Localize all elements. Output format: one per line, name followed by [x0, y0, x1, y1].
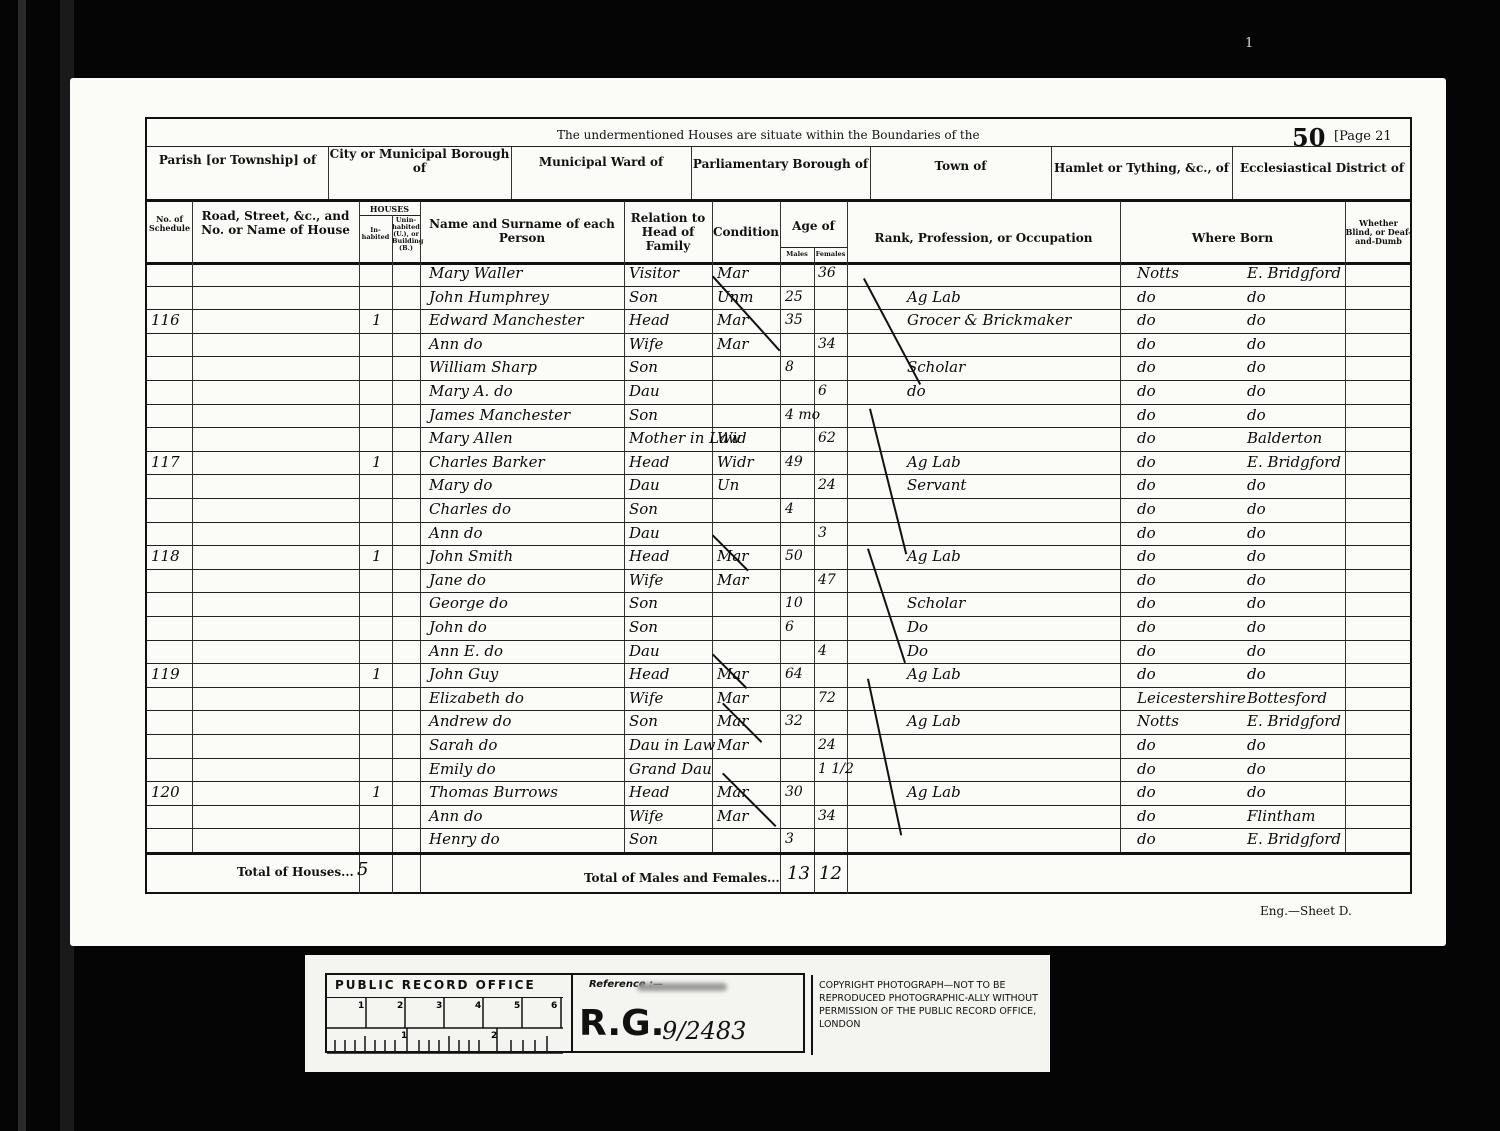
col-age: Age of	[780, 219, 847, 233]
census-table: The undermentioned Houses are situate wi…	[145, 117, 1412, 894]
age-male: 30	[785, 783, 803, 803]
relation-to-head: Wife	[629, 335, 663, 355]
birth-place: do	[1247, 618, 1266, 638]
relation-to-head: Dau in Law	[629, 736, 715, 756]
age-female: 34	[818, 335, 836, 355]
person-name: Mary Allen	[429, 429, 513, 449]
age-female: 34	[818, 807, 836, 827]
birth-county: do	[1137, 642, 1156, 662]
birth-place: E. Bridgford	[1247, 830, 1341, 850]
person-name: Ann do	[429, 524, 483, 544]
age-male: 35	[785, 311, 803, 331]
marital-condition: Mar	[717, 571, 748, 591]
col-inhabited: In-habited	[359, 227, 392, 241]
birth-place: do	[1247, 547, 1266, 567]
total-females: 12	[819, 865, 842, 883]
age-female: 36	[818, 264, 836, 284]
relation-to-head: Dau	[629, 524, 660, 544]
birth-place: do	[1247, 571, 1266, 591]
folio-number: 50	[1292, 123, 1325, 152]
age-female: 6	[818, 382, 827, 402]
col-uninhabited: Unin-habited (U.), or Building (B.)	[392, 217, 420, 252]
table-row: 1171Charles BarkerHeadWidr49Ag LabdoE. B…	[147, 451, 1414, 475]
relation-to-head: Wife	[629, 689, 663, 709]
svg-text:6: 6	[551, 1001, 557, 1011]
col-relation: Relation to Head of Family	[624, 211, 712, 253]
col-condition: Condition	[712, 225, 780, 239]
table-row: George doSon10Scholardodo	[147, 592, 1414, 616]
birth-county: Notts	[1137, 264, 1179, 284]
age-male: 50	[785, 547, 803, 567]
birth-place: Flintham	[1247, 807, 1316, 827]
svg-text:2: 2	[397, 1001, 403, 1011]
table-row: Henry doSon3doE. Bridgford	[147, 828, 1414, 852]
relation-to-head: Grand Dau	[629, 760, 712, 780]
person-name: Ann do	[429, 335, 483, 355]
birth-county: do	[1137, 476, 1156, 496]
table-row: Jane doWifeMar47dodo	[147, 569, 1414, 593]
occupation: Ag Lab	[907, 288, 961, 308]
person-name: John Smith	[429, 547, 513, 567]
parish-label: Parish [or Township] of	[147, 153, 328, 167]
svg-text:3: 3	[436, 1001, 442, 1011]
relation-to-head: Dau	[629, 382, 660, 402]
relation-to-head: Head	[629, 783, 670, 803]
table-row: John doSon6Dododo	[147, 616, 1414, 640]
birth-county: do	[1137, 547, 1156, 567]
table-row: Ann doWifeMar34doFlintham	[147, 805, 1414, 829]
birth-place: E. Bridgford	[1247, 712, 1341, 732]
age-male: 6	[785, 618, 794, 638]
relation-to-head: Son	[629, 288, 658, 308]
birth-county: do	[1137, 453, 1156, 473]
birth-place: do	[1247, 665, 1266, 685]
relation-to-head: Dau	[629, 476, 660, 496]
birth-place: do	[1247, 524, 1266, 544]
public-record-office-stamp: PUBLIC RECORD OFFICE	[305, 955, 1050, 1072]
age-female: 3	[818, 524, 827, 544]
age-male: 25	[785, 288, 803, 308]
table-row: Ann doWifeMar34dodo	[147, 333, 1414, 357]
occupation: Do	[907, 642, 928, 662]
birth-place: Balderton	[1247, 429, 1322, 449]
frame-mark: 1	[1245, 36, 1253, 51]
birth-county: do	[1137, 760, 1156, 780]
total-houses-label: Total of Houses...	[237, 865, 354, 879]
birth-place: do	[1247, 358, 1266, 378]
svg-text:5: 5	[514, 1001, 520, 1011]
relation-to-head: Head	[629, 311, 670, 331]
stamp-box: PUBLIC RECORD OFFICE	[325, 973, 805, 1053]
table-row: Emily doGrand Dau1 1/2dodo	[147, 758, 1414, 782]
person-name: Sarah do	[429, 736, 497, 756]
marital-condition: Mar	[717, 311, 748, 331]
person-name: Henry do	[429, 830, 500, 850]
ecclesiastical-district-label: Ecclesiastical District of	[1232, 161, 1412, 175]
age-female: 47	[818, 571, 836, 591]
occupation: Scholar	[907, 594, 965, 614]
total-persons-label: Total of Males and Females...	[584, 871, 780, 885]
relation-to-head: Wife	[629, 571, 663, 591]
occupation: Ag Lab	[907, 665, 961, 685]
birth-county: do	[1137, 358, 1156, 378]
col-females: Females	[814, 251, 847, 258]
birth-place: do	[1247, 736, 1266, 756]
birth-county: do	[1137, 783, 1156, 803]
person-name: Andrew do	[429, 712, 511, 732]
col-schedule: No. of Schedule	[147, 215, 192, 233]
relation-to-head: Son	[629, 358, 658, 378]
occupation: Ag Lab	[907, 453, 961, 473]
inhabited-count: 1	[372, 665, 382, 685]
col-name: Name and Surname of each Person	[420, 217, 624, 245]
schedule-number: 116	[151, 311, 180, 331]
birth-place: do	[1247, 382, 1266, 402]
person-name: Mary A. do	[429, 382, 513, 402]
relation-to-head: Son	[629, 406, 658, 426]
age-male: 3	[785, 830, 794, 850]
schedule-number: 117	[151, 453, 180, 473]
person-name: Edward Manchester	[429, 311, 584, 331]
col-houses: HOUSES	[359, 205, 420, 214]
person-name: Thomas Burrows	[429, 783, 558, 803]
col-blind: Whether Blind, or Deaf-and-Dumb	[1345, 219, 1412, 246]
table-row: 1191John GuyHeadMar64Ag Labdodo	[147, 663, 1414, 687]
birth-place: do	[1247, 311, 1266, 331]
birth-county: do	[1137, 807, 1156, 827]
marital-condition: Mar	[717, 264, 748, 284]
ruler-icon: 123 456 12	[327, 998, 563, 1054]
birth-place: do	[1247, 288, 1266, 308]
birth-county: do	[1137, 594, 1156, 614]
person-name: George do	[429, 594, 508, 614]
marital-condition: Mar	[717, 736, 748, 756]
table-row: Mary WallerVisitorMar36NottsE. Bridgford	[147, 262, 1414, 286]
person-name: Jane do	[429, 571, 486, 591]
birth-place: Bottesford	[1247, 689, 1327, 709]
svg-text:4: 4	[475, 1001, 481, 1011]
person-name: Charles Barker	[429, 453, 545, 473]
schedule-number: 120	[151, 783, 180, 803]
table-row: Andrew doSonMar32Ag LabNottsE. Bridgford	[147, 710, 1414, 734]
relation-to-head: Son	[629, 712, 658, 732]
table-row: Mary A. doDau6dododo	[147, 380, 1414, 404]
table-row: Mary doDauUn24Servantdodo	[147, 474, 1414, 498]
table-row: 1201Thomas BurrowsHeadMar30Ag Labdodo	[147, 781, 1414, 805]
birth-place: do	[1247, 406, 1266, 426]
age-male: 49	[785, 453, 803, 473]
person-name: Ann do	[429, 807, 483, 827]
birth-county: do	[1137, 618, 1156, 638]
age-female: 62	[818, 429, 836, 449]
svg-text:1: 1	[401, 1031, 407, 1041]
col-males: Males	[780, 251, 814, 258]
person-name: James Manchester	[429, 406, 570, 426]
relation-to-head: Visitor	[629, 264, 679, 284]
person-name: John do	[429, 618, 487, 638]
birth-county: do	[1137, 736, 1156, 756]
birth-county: Leicestershire	[1137, 689, 1246, 709]
birth-place: do	[1247, 783, 1266, 803]
person-name: Mary Waller	[429, 264, 522, 284]
birth-place: E. Bridgford	[1247, 264, 1341, 284]
age-male: 4	[785, 500, 794, 520]
occupation: Do	[907, 618, 928, 638]
birth-place: do	[1247, 594, 1266, 614]
relation-to-head: Son	[629, 618, 658, 638]
birth-place: do	[1247, 476, 1266, 496]
birth-county: do	[1137, 571, 1156, 591]
birth-place: do	[1247, 500, 1266, 520]
person-name: Elizabeth do	[429, 689, 524, 709]
age-female: 1 1/2	[818, 760, 854, 780]
page-number: [Page 21	[1334, 129, 1392, 144]
occupation: Ag Lab	[907, 547, 961, 567]
age-female: 24	[818, 476, 836, 496]
total-males: 13	[787, 865, 810, 883]
inhabited-count: 1	[372, 311, 382, 331]
table-row: Mary AllenMother in LawWid62doBalderton	[147, 427, 1414, 451]
relation-to-head: Wife	[629, 807, 663, 827]
person-name: Charles do	[429, 500, 511, 520]
birth-place: do	[1247, 335, 1266, 355]
marital-condition: Mar	[717, 689, 748, 709]
relation-to-head: Son	[629, 594, 658, 614]
person-name: William Sharp	[429, 358, 537, 378]
relation-to-head: Son	[629, 830, 658, 850]
person-name: Mary do	[429, 476, 492, 496]
inhabited-count: 1	[372, 453, 382, 473]
person-name: Ann E. do	[429, 642, 503, 662]
age-male: 8	[785, 358, 794, 378]
marital-condition: Wid	[717, 429, 747, 449]
parliamentary-borough-label: Parliamentary Borough of	[691, 157, 870, 171]
col-born: Where Born	[1120, 231, 1345, 245]
birth-county: do	[1137, 524, 1156, 544]
birth-county: do	[1137, 311, 1156, 331]
person-name: Emily do	[429, 760, 496, 780]
relation-to-head: Dau	[629, 642, 660, 662]
inhabited-count: 1	[372, 547, 382, 567]
table-row: Sarah doDau in LawMar24dodo	[147, 734, 1414, 758]
town-label: Town of	[870, 159, 1051, 173]
marital-condition: Mar	[717, 807, 748, 827]
age-male: 10	[785, 594, 803, 614]
table-row: Ann E. doDau4Dododo	[147, 640, 1414, 664]
ward-label: Municipal Ward of	[511, 155, 691, 169]
relation-to-head: Head	[629, 665, 670, 685]
col-occupation: Rank, Profession, or Occupation	[847, 231, 1120, 245]
copyright-notice: COPYRIGHT PHOTOGRAPH—NOT TO BE REPRODUCE…	[811, 975, 1047, 1055]
relation-to-head: Head	[629, 547, 670, 567]
schedule-number: 118	[151, 547, 180, 567]
inhabited-count: 1	[372, 783, 382, 803]
reference-prefix: R.G.	[579, 1003, 664, 1044]
boundaries-caption: The undermentioned Houses are situate wi…	[557, 128, 980, 142]
svg-text:2: 2	[491, 1031, 497, 1041]
table-row: 1181John SmithHeadMar50Ag Labdodo	[147, 545, 1414, 569]
svg-text:1: 1	[358, 1001, 364, 1011]
age-male: 4 mo	[785, 406, 820, 426]
birth-county: do	[1137, 406, 1156, 426]
birth-place: E. Bridgford	[1247, 453, 1341, 473]
occupation: Grocer & Brickmaker	[907, 311, 1071, 331]
occupation: Ag Lab	[907, 712, 961, 732]
redacted-reference	[637, 983, 727, 991]
table-row: Charles doSon4dodo	[147, 498, 1414, 522]
relation-to-head: Son	[629, 500, 658, 520]
marital-condition: Un	[717, 476, 739, 496]
marital-condition: Unm	[717, 288, 754, 308]
birth-county: do	[1137, 830, 1156, 850]
birth-county: do	[1137, 500, 1156, 520]
stamp-office: PUBLIC RECORD OFFICE	[335, 978, 536, 992]
ruler: 123 456 12	[327, 997, 563, 1054]
occupation: Servant	[907, 476, 966, 496]
table-row: James ManchesterSon4 mododo	[147, 404, 1414, 428]
person-name: John Guy	[429, 665, 498, 685]
age-male: 32	[785, 712, 803, 732]
birth-county: do	[1137, 335, 1156, 355]
table-row: Ann doDau3dodo	[147, 522, 1414, 546]
age-female: 72	[818, 689, 836, 709]
birth-county: do	[1137, 429, 1156, 449]
table-row: William SharpSon8Scholardodo	[147, 356, 1414, 380]
age-female: 4	[818, 642, 827, 662]
person-name: John Humphrey	[429, 288, 549, 308]
birth-place: do	[1247, 642, 1266, 662]
age-male: 64	[785, 665, 803, 685]
reference-number: 9/2483	[662, 1017, 746, 1045]
borough-label: City or Municipal Borough of	[328, 147, 511, 175]
birth-county: do	[1137, 288, 1156, 308]
film-edge	[18, 0, 26, 1131]
table-row: John HumphreySonUnm25Ag Labdodo	[147, 286, 1414, 310]
relation-to-head: Head	[629, 453, 670, 473]
table-row: Elizabeth doWifeMar72LeicestershireBotte…	[147, 687, 1414, 711]
marital-condition: Widr	[717, 453, 754, 473]
schedule-number: 119	[151, 665, 180, 685]
birth-county: do	[1137, 382, 1156, 402]
table-row: 1161Edward ManchesterHeadMar35Grocer & B…	[147, 309, 1414, 333]
age-female: 24	[818, 736, 836, 756]
birth-county: do	[1137, 665, 1156, 685]
sheet-note: Eng.—Sheet D.	[1260, 904, 1352, 918]
birth-place: do	[1247, 760, 1266, 780]
occupation: Ag Lab	[907, 783, 961, 803]
marital-condition: Mar	[717, 335, 748, 355]
hamlet-label: Hamlet or Tything, &c., of	[1051, 161, 1232, 175]
birth-county: Notts	[1137, 712, 1179, 732]
occupation: do	[907, 382, 926, 402]
col-road: Road, Street, &c., and No. or Name of Ho…	[192, 209, 359, 237]
total-houses-value: 5	[357, 861, 368, 879]
